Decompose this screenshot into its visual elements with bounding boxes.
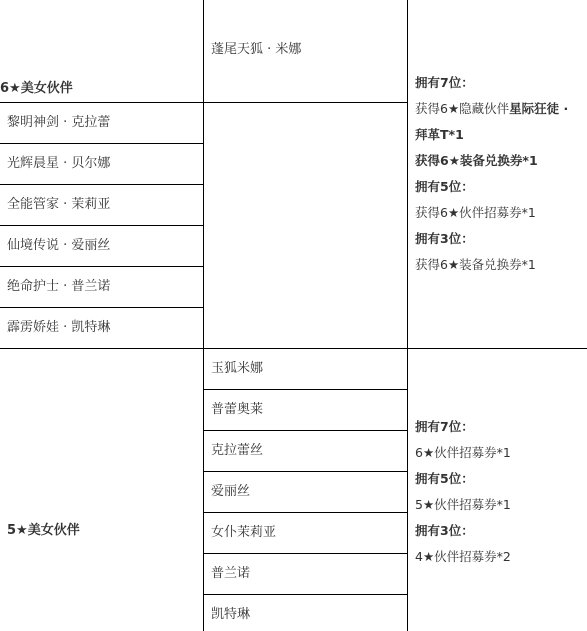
row-divider <box>203 553 407 554</box>
row-divider <box>0 143 203 144</box>
partner-cell: 爱丽丝 <box>211 484 250 500</box>
partner-cell: 克拉蕾丝 <box>211 443 263 459</box>
reward-item: 获得6★装备兑换券*1 <box>415 148 568 174</box>
reward-item: 获得6★装备兑换券*1 <box>415 252 568 278</box>
column-divider-1 <box>203 0 204 631</box>
reward-list-5star: 拥有7位： 6★伙伴招募券*1 拥有5位： 5★伙伴招募券*1 拥有3位： 4★… <box>415 414 511 570</box>
row-divider <box>0 184 203 185</box>
partner-cell: 凯特琳 <box>211 607 250 623</box>
reward-condition: 拥有3位： <box>415 518 511 544</box>
partner-cell: 玉狐米娜 <box>211 361 263 377</box>
reward-list-6star: 拥有7位： 获得6★隐藏伙伴星际狂徒 · 拜革T*1 获得6★装备兑换券*1 拥… <box>415 70 568 278</box>
reward-item: 6★伙伴招募券*1 <box>415 440 511 466</box>
partner-cell: 仙境传说 · 爱丽丝 <box>7 238 110 254</box>
row-divider <box>0 102 407 103</box>
partner-cell: 绝命护士 · 普兰诺 <box>7 279 110 295</box>
category-5star: 5★美女伙伴 <box>7 523 80 539</box>
reward-condition: 拥有7位： <box>415 70 568 96</box>
partner-collection-table: 6★美女伙伴 蓬尾天狐 · 米娜 黎明神剑 · 克拉蕾 光辉晨星 · 贝尔娜 全… <box>0 0 587 631</box>
row-divider <box>0 225 203 226</box>
row-divider <box>0 307 203 308</box>
category-6star: 6★美女伙伴 <box>0 81 73 97</box>
reward-item: 5★伙伴招募券*1 <box>415 492 511 518</box>
partner-cell: 普蕾奥莱 <box>211 402 263 418</box>
row-divider <box>203 512 407 513</box>
row-divider <box>203 389 407 390</box>
partner-cell: 光辉晨星 · 贝尔娜 <box>7 156 110 172</box>
column-divider-2 <box>407 0 408 631</box>
featured-partner: 蓬尾天狐 · 米娜 <box>211 42 301 58</box>
section-divider <box>0 348 587 349</box>
partner-cell: 全能管家 · 茉莉亚 <box>7 197 110 213</box>
reward-item-cont: 拜革T*1 <box>415 122 568 148</box>
row-divider <box>203 430 407 431</box>
partner-cell: 黎明神剑 · 克拉蕾 <box>7 115 110 131</box>
reward-item: 获得6★隐藏伙伴星际狂徒 · <box>415 96 568 122</box>
row-divider <box>203 471 407 472</box>
reward-condition: 拥有7位： <box>415 414 511 440</box>
partner-cell: 普兰诺 <box>211 566 250 582</box>
reward-item: 4★伙伴招募券*2 <box>415 544 511 570</box>
partner-cell: 女仆茉莉亚 <box>211 525 276 541</box>
row-divider <box>203 594 407 595</box>
row-divider <box>0 266 203 267</box>
reward-condition: 拥有3位： <box>415 226 568 252</box>
partner-cell: 霹雳娇娃 · 凯特琳 <box>7 320 110 336</box>
reward-item: 获得6★伙伴招募券*1 <box>415 200 568 226</box>
reward-condition: 拥有5位： <box>415 466 511 492</box>
reward-condition: 拥有5位： <box>415 174 568 200</box>
